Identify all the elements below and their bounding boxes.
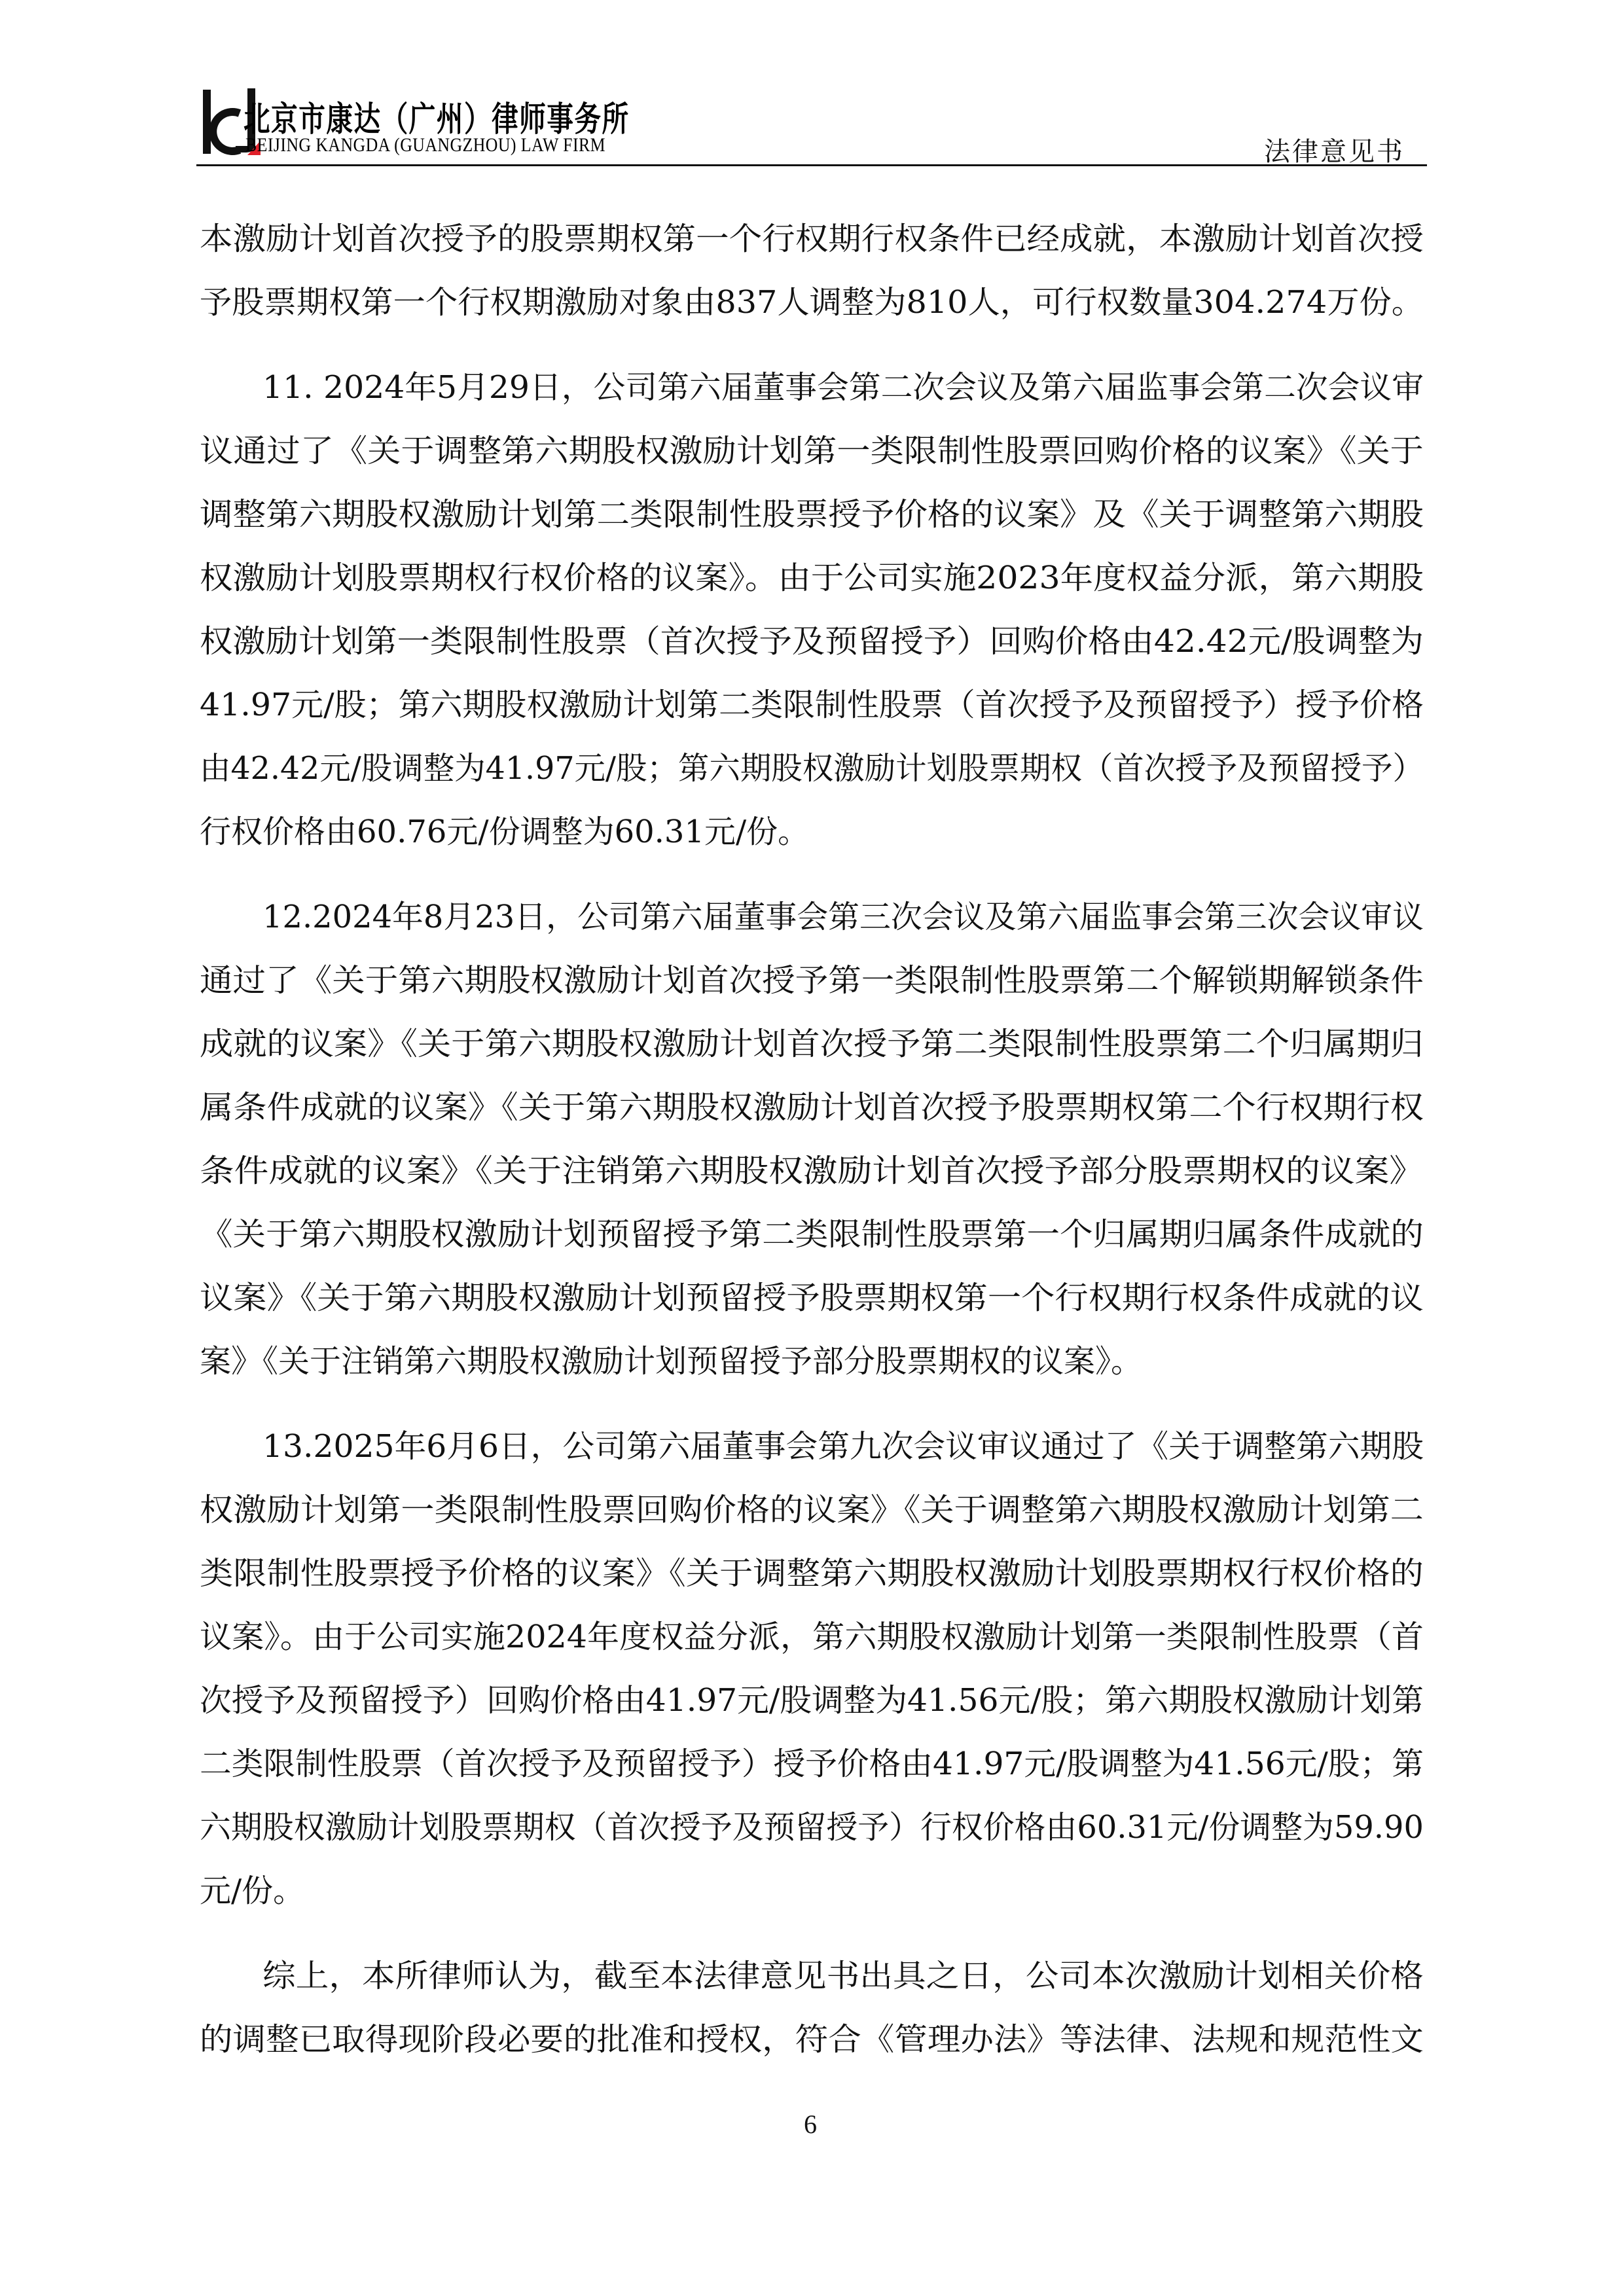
paragraph-line: 议案》。由于公司实施2024年度权益分派，第六期股权激励计划第一类限制性股票（首: [200, 1617, 1424, 1657]
paragraph-line: 综上，本所律师认为，截至本法律意见书出具之日，公司本次激励计划相关价格: [262, 1956, 1424, 1996]
firm-name-chinese: 北京市康达（广州）律师事务所: [244, 92, 630, 141]
paragraph-line: 案》《关于注销第六期股权激励计划预留授予部分股票期权的议案》。: [200, 1342, 1424, 1381]
paragraph-line: 本激励计划首次授予的股票期权第一个行权期行权条件已经成就，本激励计划首次授: [200, 219, 1424, 259]
document-type-label: 法律意见书: [1264, 131, 1405, 168]
paragraph-line: 议通过了《关于调整第六期股权激励计划第一类限制性股票回购价格的议案》《关于: [200, 431, 1424, 471]
paragraph-line: 六期股权激励计划股票期权（首次授予及预留授予）行权价格由60.31元/份调整为5…: [200, 1808, 1424, 1847]
paragraph-line: 的调整已取得现阶段必要的批准和授权，符合《管理办法》等法律、法规和规范性文: [200, 2020, 1424, 2059]
header-divider: [196, 164, 1427, 166]
paragraph-line: 属条件成就的议案》《关于第六期股权激励计划首次授予股票期权第二个行权期行权: [200, 1088, 1424, 1127]
paragraph-line: 行权价格由60.76元/份调整为60.31元/份。: [200, 812, 1424, 852]
paragraph-line: 41.97元/股；第六期股权激励计划第二类限制性股票（首次授予及预留授予）授予价…: [200, 685, 1424, 725]
paragraph-line: 通过了《关于第六期股权激励计划首次授予第一类限制性股票第二个解锁期解锁条件: [200, 961, 1424, 1000]
document-page: 北京市康达（广州）律师事务所 BEIJING KANGDA (GUANGZHOU…: [0, 0, 1624, 2296]
firm-name-english: BEIJING KANGDA (GUANGZHOU) LAW FIRM: [245, 134, 605, 156]
paragraph-line: 类限制性股票授予价格的议案》《关于调整第六期股权激励计划股票期权行权价格的: [200, 1554, 1424, 1593]
paragraph-line: 次授予及预留授予）回购价格由41.97元/股调整为41.56元/股；第六期股权激…: [200, 1681, 1424, 1720]
paragraph-line: 二类限制性股票（首次授予及预留授予）授予价格由41.97元/股调整为41.56元…: [200, 1744, 1424, 1784]
paragraph-line: 元/份。: [200, 1871, 1424, 1910]
paragraph-line: 议案》《关于第六期股权激励计划预留授予股票期权第一个行权期行权条件成就的议: [200, 1278, 1424, 1318]
paragraph-line: 成就的议案》《关于第六期股权激励计划首次授予第二类限制性股票第二个归属期归: [200, 1024, 1424, 1064]
paragraph-line: 11. 2024年5月29日，公司第六届董事会第二次会议及第六届监事会第二次会议…: [262, 368, 1424, 407]
paragraph-line: 由42.42元/股调整为41.97元/股；第六期股权激励计划股票期权（首次授予及…: [200, 749, 1424, 788]
paragraph-line: 调整第六期股权激励计划第二类限制性股票授予价格的议案》及《关于调整第六期股: [200, 495, 1424, 534]
paragraph-line: 《关于第六期股权激励计划预留授予第二类限制性股票第一个归属期归属条件成就的: [200, 1215, 1424, 1254]
paragraph-line: 权激励计划股票期权行权价格的议案》。由于公司实施2023年度权益分派，第六期股: [200, 558, 1424, 598]
page-number: 6: [804, 2109, 817, 2140]
paragraph-line: 权激励计划第一类限制性股票回购价格的议案》《关于调整第六期股权激励计划第二: [200, 1490, 1424, 1530]
paragraph-line: 12.2024年8月23日，公司第六届董事会第三次会议及第六届监事会第三次会议审…: [262, 897, 1424, 937]
paragraph-line: 予股票期权第一个行权期激励对象由837人调整为810人，可行权数量304.274…: [200, 283, 1424, 322]
paragraph-line: 条件成就的议案》《关于注销第六期股权激励计划首次授予部分股票期权的议案》: [200, 1151, 1424, 1191]
paragraph-line: 权激励计划第一类限制性股票（首次授予及预留授予）回购价格由42.42元/股调整为: [200, 622, 1424, 661]
paragraph-line: 13.2025年6月6日，公司第六届董事会第九次会议审议通过了《关于调整第六期股: [262, 1427, 1424, 1466]
